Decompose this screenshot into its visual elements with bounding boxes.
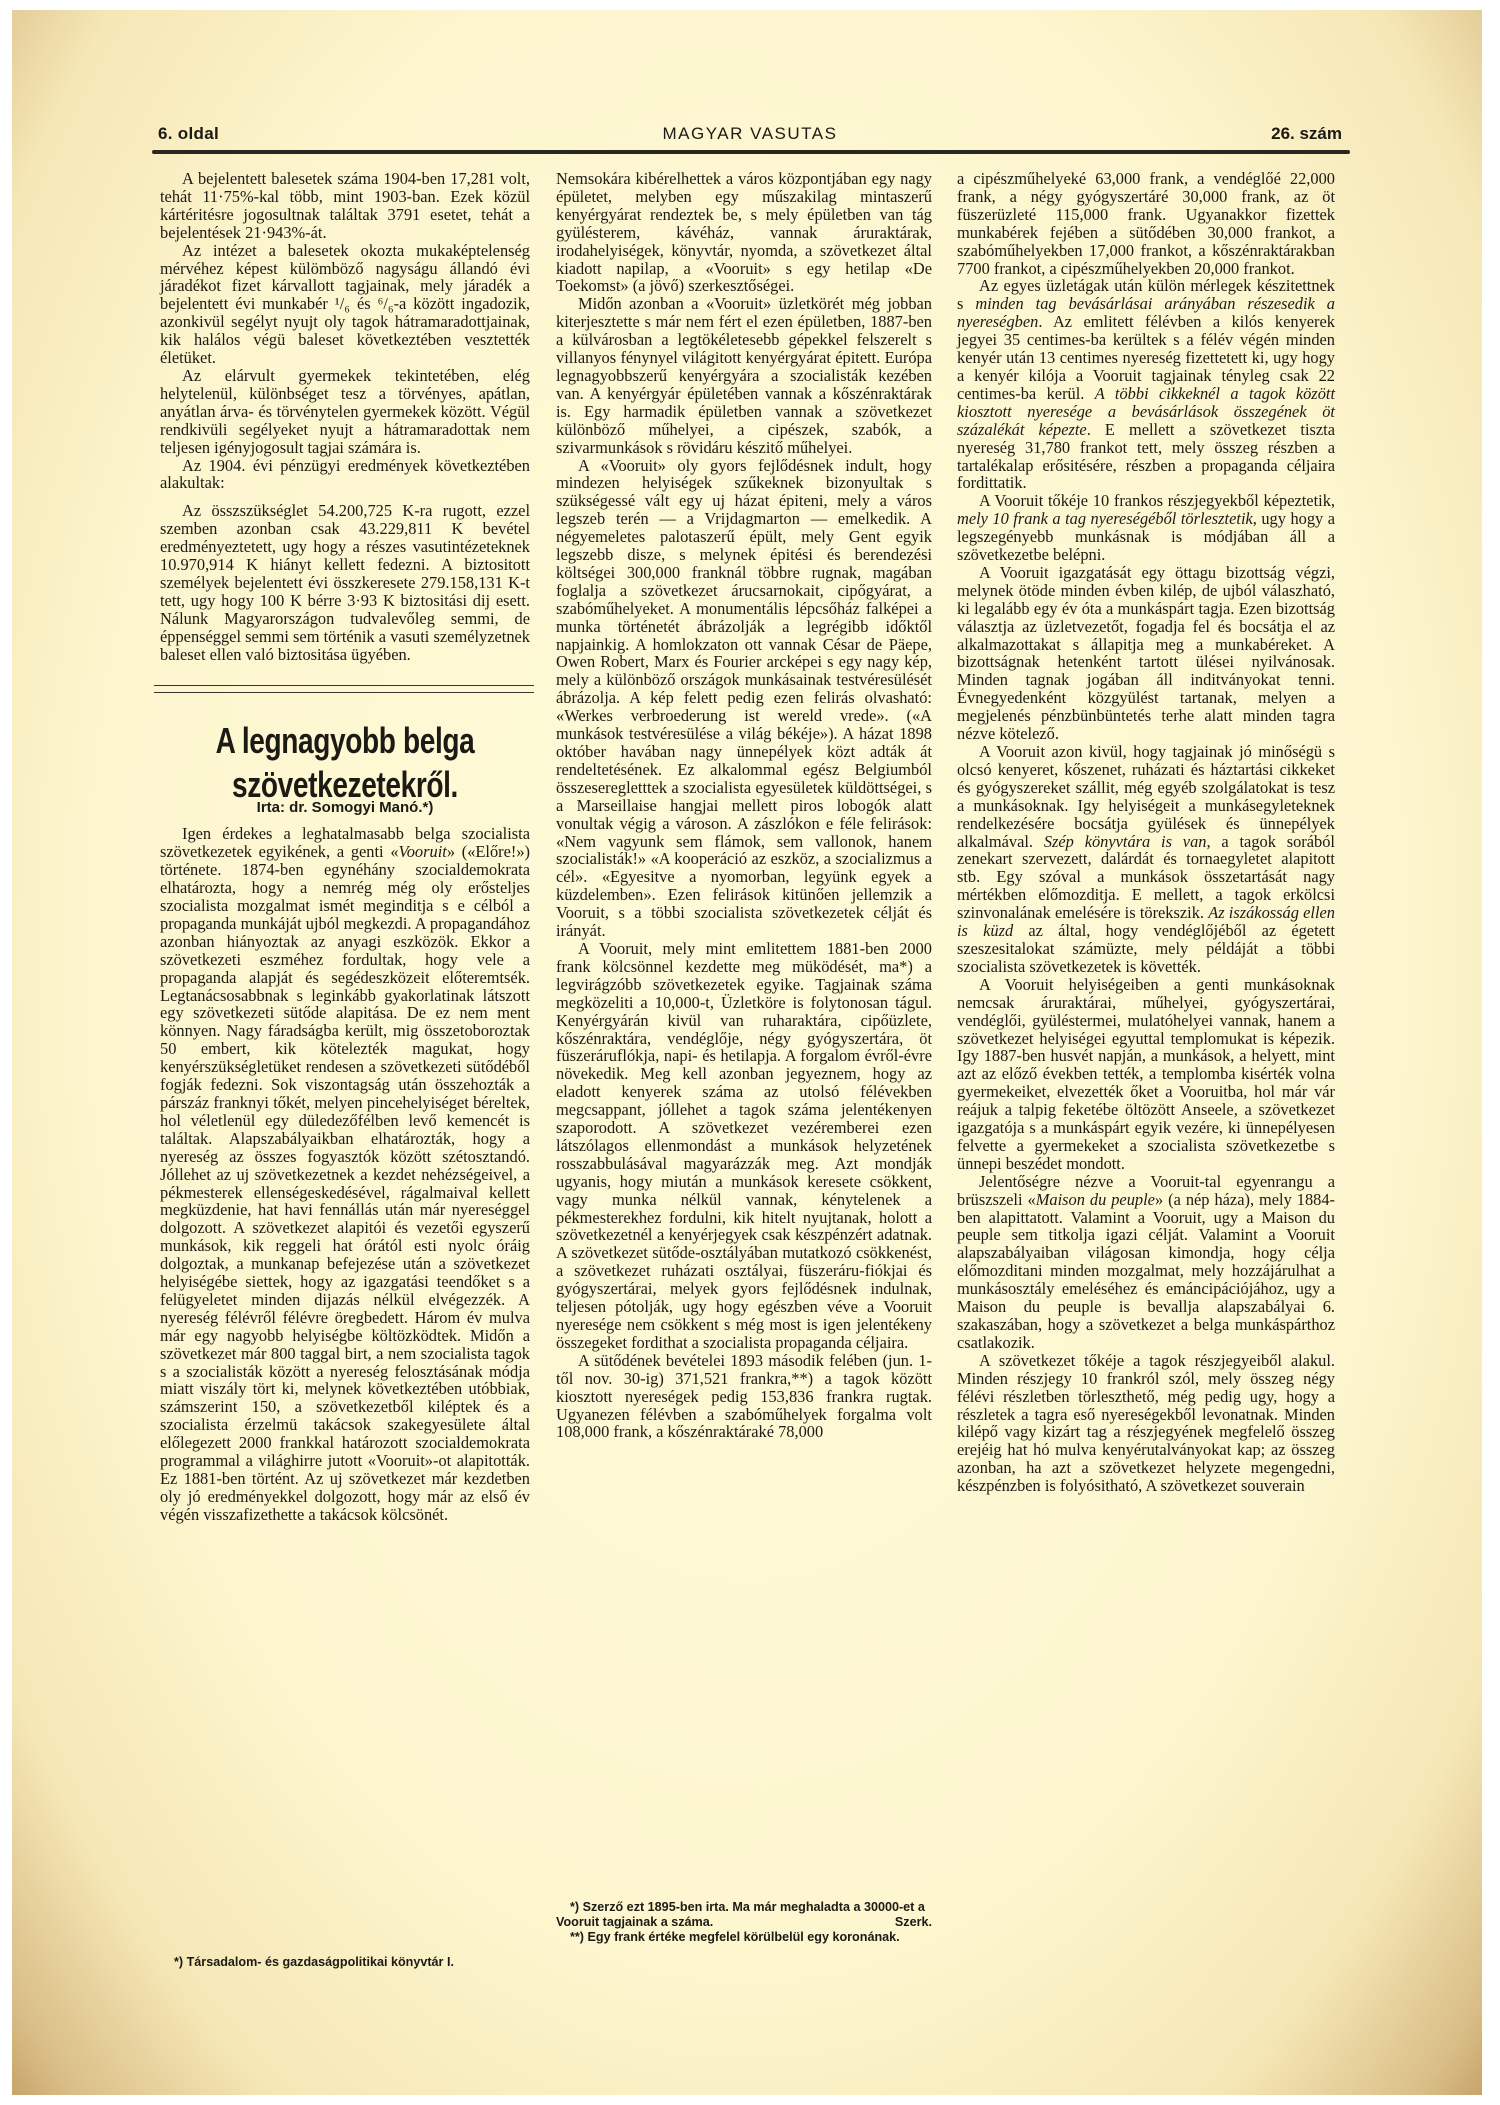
- article-headline: A legnagyobb belga szövetkezetekről.: [201, 719, 490, 807]
- paragraph: Jelentőségre nézve a Vooruit-tal egyenra…: [957, 1173, 1335, 1352]
- publication-title: MAGYAR VASUTAS: [150, 124, 1350, 144]
- paragraph: A Vooruit helyiségeiben a genti munkások…: [957, 976, 1335, 1173]
- paragraph: A Vooruit igazgatását egy öttagu bizotts…: [957, 564, 1335, 743]
- paragraph: Nemsokára kibérelhettek a város központj…: [556, 170, 932, 295]
- paragraph: A sütődének bevételei 1893 második feléb…: [556, 1352, 932, 1442]
- editor-sign: Szerk.: [881, 1915, 932, 1930]
- footnotes: *) Szerző ezt 1895-ben irta. Ma már megh…: [556, 1900, 932, 1945]
- headline-line: A legnagyobb belga: [201, 719, 490, 763]
- paragraph: a cipészműhelyeké 63,000 frank, a vendég…: [957, 170, 1335, 277]
- paragraph: Az elárvult gyermekek tekintetében, elég…: [160, 367, 530, 457]
- footnote: *) Társadalom- és gazdaságpolitikai köny…: [160, 1955, 530, 1970]
- paragraph: Az összszükséglet 54.200,725 K-ra rugott…: [160, 502, 530, 663]
- footnote-text: **) Egy frank értéke megfelel körülbelül…: [556, 1930, 932, 1945]
- paragraph: A Vooruit, mely mint emlitettem 1881-ben…: [556, 940, 932, 1352]
- paragraph: A Vooruit tőkéje 10 frankos részjegyekbő…: [957, 492, 1335, 564]
- paragraph: Igen érdekes a leghatalmasabb belga szoc…: [160, 825, 530, 1523]
- paragraph: Midőn azonban a «Vooruit» üzletkörét még…: [556, 295, 932, 456]
- issue-number: 26. szám: [1271, 124, 1342, 144]
- paragraph: Az intézet a balesetek okozta mukaképtel…: [160, 242, 530, 367]
- paragraph: A Vooruit azon kivül, hogy tagjainak jó …: [957, 743, 1335, 976]
- column-right: a cipészműhelyeké 63,000 frank, a vendég…: [957, 170, 1335, 1495]
- section-divider: [154, 685, 534, 693]
- header-rule: [152, 150, 1350, 154]
- paragraph: A «Vooruit» oly gyors fejlődésnek indult…: [556, 457, 932, 940]
- page-header: 6. oldal MAGYAR VASUTAS 26. szám: [150, 118, 1350, 148]
- footnote-text: *) Szerző ezt 1895-ben irta. Ma már megh…: [556, 1900, 925, 1929]
- column-left: A bejelentett balesetek száma 1904-ben 1…: [160, 170, 530, 1524]
- headline-line: szövetkezetekről.: [201, 763, 490, 807]
- column-middle: Nemsokára kibérelhettek a város központj…: [556, 170, 932, 1441]
- paragraph: A szövetkezet tőkéje a tagok részjegyeib…: [957, 1352, 1335, 1495]
- paragraph: Az egyes üzletágak után külön mérlegek k…: [957, 277, 1335, 492]
- paragraph: Az 1904. évi pénzügyi eredmények követke…: [160, 457, 530, 493]
- paragraph: A bejelentett balesetek száma 1904-ben 1…: [160, 170, 530, 242]
